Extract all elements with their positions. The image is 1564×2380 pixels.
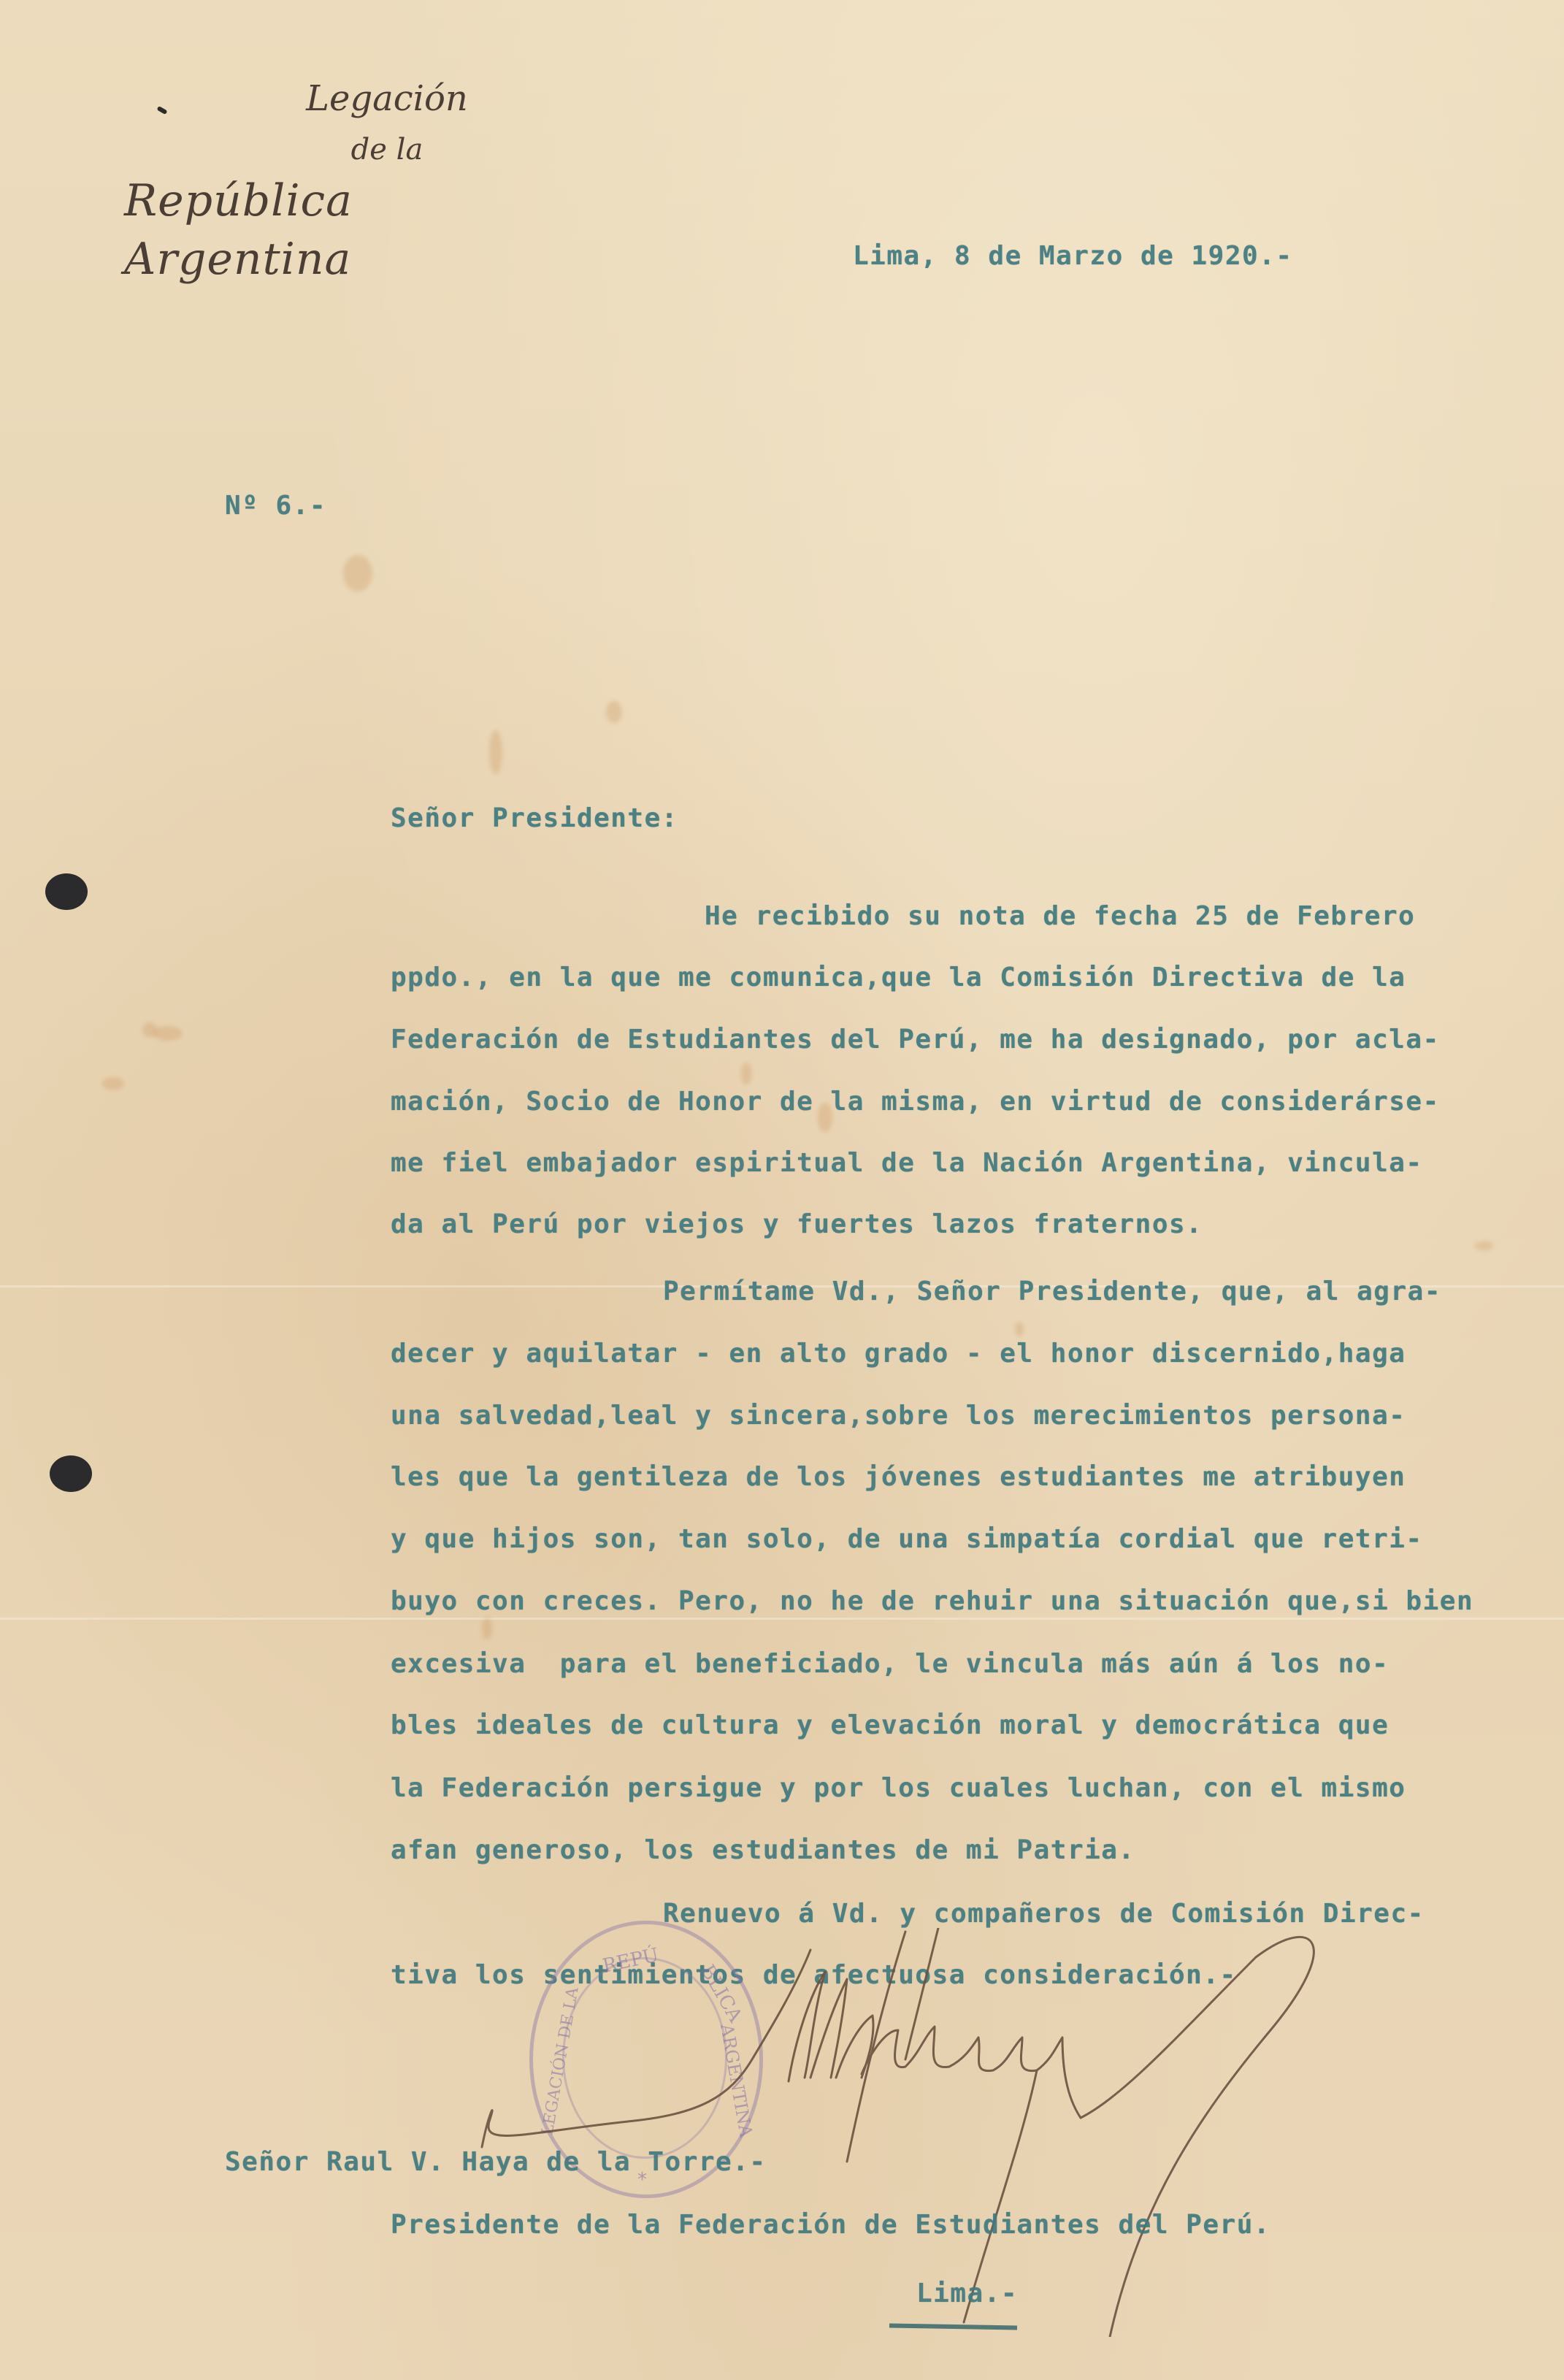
letterhead: Legación de la República Argentina xyxy=(117,69,570,288)
handwritten-signature xyxy=(467,1928,1563,2337)
foxing-stain xyxy=(153,1026,183,1041)
body-line: decer y aquilatar - en alto grado - el h… xyxy=(391,1339,1406,1369)
body-line: la Federación persigue y por los cuales … xyxy=(391,1773,1406,1803)
body-line: me fiel embajador espiritual de la Nació… xyxy=(391,1148,1423,1178)
body-line: ppdo., en la que me comunica,que la Comi… xyxy=(391,963,1406,992)
foxing-stain xyxy=(1475,1241,1493,1250)
foxing-stain xyxy=(489,730,502,774)
body-line: da al Perú por viejos y fuertes lazos fr… xyxy=(391,1209,1203,1239)
addressee-name: Señor Raul V. Haya de la Torre.- xyxy=(225,2147,767,2177)
punch-hole xyxy=(50,1455,92,1492)
letterhead-line-de-la: de la xyxy=(204,128,570,172)
letterhead-line-republica-argentina: República Argentina xyxy=(124,172,570,288)
punch-hole xyxy=(45,873,88,910)
foxing-stain xyxy=(102,1077,124,1090)
foxing-stain xyxy=(1015,1322,1024,1336)
body-line: afan generoso, los estudiantes de mi Pat… xyxy=(391,1835,1135,1865)
addressee-city: Lima.- xyxy=(916,2278,1018,2308)
body-line: Federación de Estudiantes del Perú, me h… xyxy=(391,1025,1440,1055)
foxing-stain xyxy=(482,1618,492,1639)
body-line: buyo con creces. Pero, no he de rehuir u… xyxy=(391,1586,1473,1616)
foxing-stain xyxy=(606,701,622,723)
letterhead-line-legacion: Legación xyxy=(204,69,570,128)
body-line: excesiva para el beneficiado, le vincula… xyxy=(391,1649,1389,1679)
body-line: mación, Socio de Honor de la misma, en v… xyxy=(391,1087,1440,1117)
body-line: Permítame Vd., Señor Presidente, que, al… xyxy=(663,1277,1441,1306)
foxing-stain xyxy=(741,1063,751,1084)
paper-fold xyxy=(0,1618,1564,1620)
reference-number: Nº 6.- xyxy=(225,491,326,521)
body-line: He recibido su nota de fecha 25 de Febre… xyxy=(705,901,1415,931)
foxing-stain xyxy=(343,555,372,592)
body-line: una salvedad,leal y sincera,sobre los me… xyxy=(391,1401,1406,1431)
addressee-title: Presidente de la Federación de Estudiant… xyxy=(391,2210,1270,2240)
body-line: les que la gentileza de los jóvenes estu… xyxy=(391,1462,1406,1492)
body-line: Renuevo á Vd. y compañeros de Comisión D… xyxy=(663,1899,1425,1929)
salutation: Señor Presidente: xyxy=(391,803,678,833)
body-line: bles ideales de cultura y elevación mora… xyxy=(391,1710,1389,1740)
body-line: y que hijos son, tan solo, de una simpat… xyxy=(391,1524,1423,1554)
place-date: Lima, 8 de Marzo de 1920.- xyxy=(853,241,1293,271)
